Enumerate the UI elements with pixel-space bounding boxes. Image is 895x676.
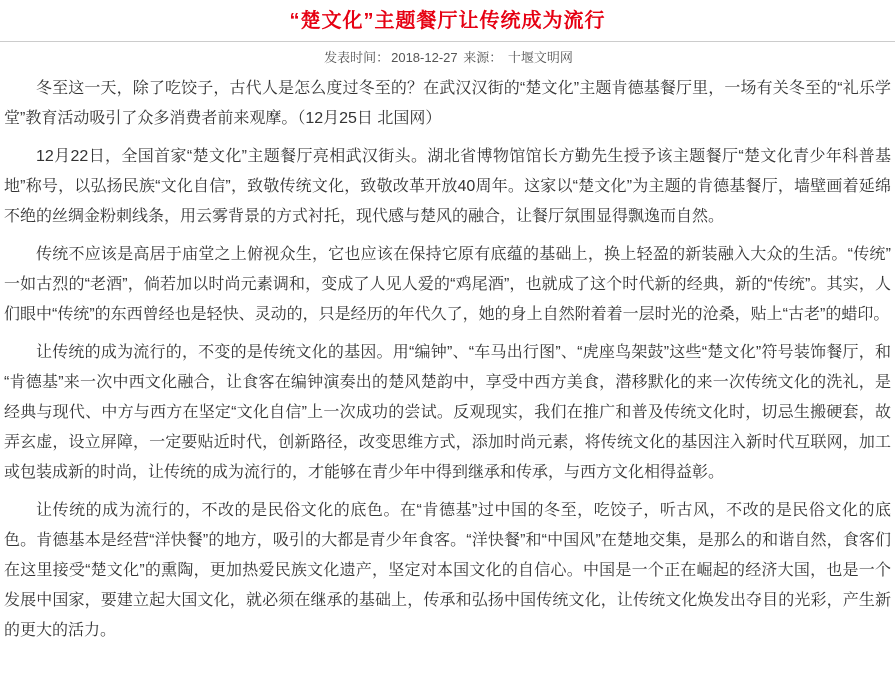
- article-paragraph: 让传统的成为流行的，不改的是民俗文化的底色。在“肯德基”过中国的冬至，吃饺子，听…: [4, 496, 891, 646]
- article-title: “楚文化”主题餐厅让传统成为流行: [0, 0, 895, 41]
- article-page: “楚文化”主题餐厅让传统成为流行 发表时间：2018-12-27 来源： 十堰文…: [0, 0, 895, 676]
- publish-date: 2018-12-27: [391, 50, 458, 65]
- article-body: 冬至这一天，除了吃饺子，古代人是怎么度过冬至的？在武汉汉街的“楚文化”主题肯德基…: [0, 71, 895, 646]
- source-label: 来源：: [463, 50, 502, 65]
- article-paragraph: 12月22日，全国首家“楚文化”主题餐厅亮相武汉街头。湖北省博物馆馆长方勤先生授…: [4, 142, 891, 232]
- publish-time-label: 发表时间：: [324, 50, 389, 65]
- article-meta: 发表时间：2018-12-27 来源： 十堰文明网: [0, 42, 895, 71]
- article-paragraph: 冬至这一天，除了吃饺子，古代人是怎么度过冬至的？在武汉汉街的“楚文化”主题肯德基…: [4, 74, 891, 134]
- article-paragraph: 传统不应该是高居于庙堂之上俯视众生，它也应该在保持它原有底蕴的基础上，换上轻盈的…: [4, 240, 891, 330]
- source-name: 十堰文明网: [508, 50, 573, 65]
- article-paragraph: 让传统的成为流行的，不变的是传统文化的基因。用“编钟”、“车马出行图”、“虎座鸟…: [4, 338, 891, 488]
